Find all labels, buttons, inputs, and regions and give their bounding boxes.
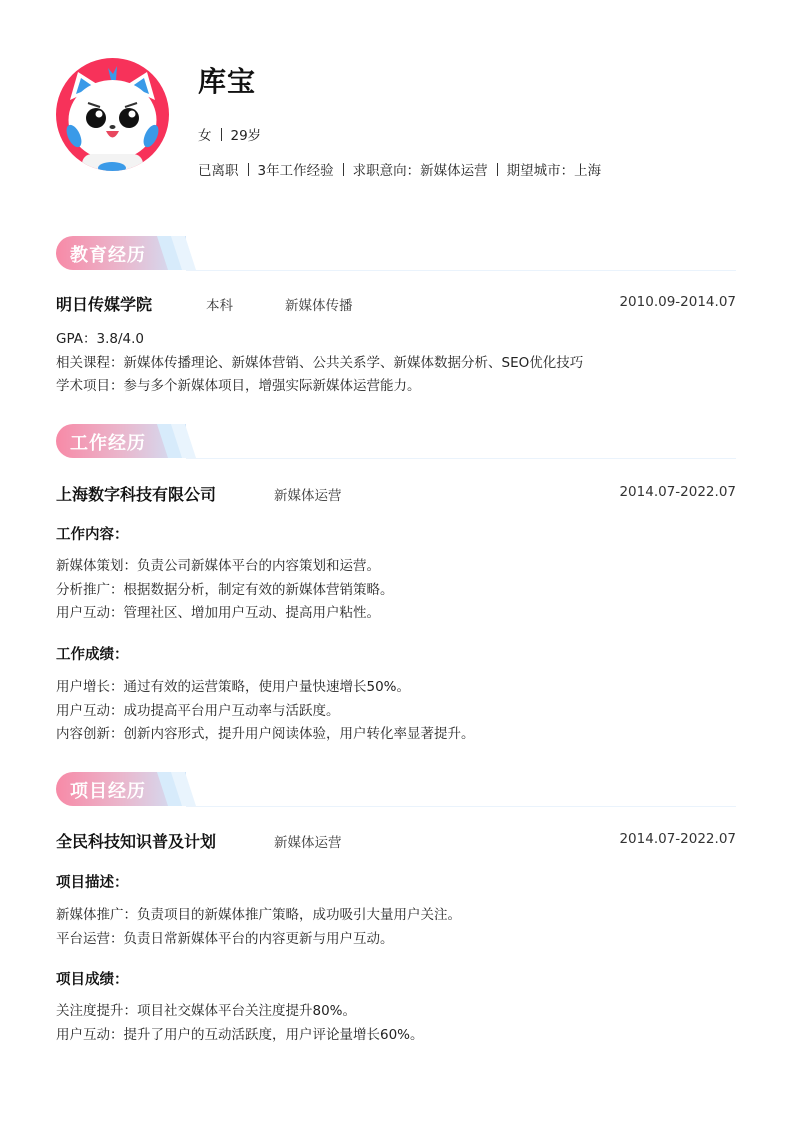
list-item: 用户增长：通过有效的运营策略，使用户量快速增长50%。 [56, 676, 736, 700]
project-achievements-list: 关注度提升：项目社交媒体平台关注度提升80%。 用户互动：提升了用户的互动活跃度… [56, 1000, 736, 1047]
school-name: 明日传媒学院 [56, 292, 152, 315]
company-name: 上海数字科技有限公司 [56, 482, 216, 505]
list-item: 用户互动：成功提高平台用户互动率与活跃度。 [56, 700, 736, 724]
employment-status: 已离职 [198, 159, 239, 179]
divider [497, 163, 498, 176]
candidate-name: 库宝 [198, 60, 256, 100]
work-entry-header: 上海数字科技有限公司 新媒体运营 2014.07-2022.07 [56, 482, 736, 506]
gpa-line: GPA：3.8/4.0 [56, 328, 736, 352]
list-item: 关注度提升：项目社交媒体平台关注度提升80%。 [56, 1000, 736, 1024]
expected-city: 期望城市：上海 [507, 159, 602, 179]
work-content-heading: 工作内容： [56, 523, 129, 544]
section-title-project: 项目经历 [56, 772, 736, 808]
list-item: 新媒体策划：负责公司新媒体平台的内容策划和运营。 [56, 555, 736, 579]
gender: 女 [198, 124, 212, 144]
list-item: 用户互动：提升了用户的互动活跃度，用户评论量增长60%。 [56, 1024, 736, 1048]
age: 29岁 [231, 124, 262, 144]
project-role: 新媒体运营 [274, 831, 342, 851]
section-title-label: 工作经历 [70, 429, 146, 455]
section-title-work: 工作经历 [56, 424, 736, 460]
list-item: 用户互动：管理社区、增加用户互动、提高用户粘性。 [56, 602, 736, 626]
project-entry-header: 全民科技知识普及计划 新媒体运营 2014.07-2022.07 [56, 829, 736, 853]
divider [248, 163, 249, 176]
project-name: 全民科技知识普及计划 [56, 829, 216, 852]
job-intent-info: 已离职 3年工作经验 求职意向：新媒体运营 期望城市：上海 [198, 159, 601, 179]
project-date: 2014.07-2022.07 [619, 831, 736, 847]
courses-line: 相关课程：新媒体传播理论、新媒体营销、公共关系学、新媒体数据分析、SEO优化技巧 [56, 352, 736, 376]
job-role: 新媒体运营 [274, 484, 342, 504]
list-item: 分析推广：根据数据分析，制定有效的新媒体营销策略。 [56, 579, 736, 603]
major: 新媒体传播 [285, 294, 353, 314]
project-achievements-heading: 项目成绩： [56, 968, 129, 989]
work-content-list: 新媒体策划：负责公司新媒体平台的内容策划和运营。 分析推广：根据数据分析，制定有… [56, 555, 736, 626]
education-details: GPA：3.8/4.0 相关课程：新媒体传播理论、新媒体营销、公共关系学、新媒体… [56, 328, 736, 399]
education-date: 2010.09-2014.07 [619, 294, 736, 310]
academic-project-line: 学术项目：参与多个新媒体项目，增强实际新媒体运营能力。 [56, 375, 736, 399]
section-title-education: 教育经历 [56, 236, 736, 272]
job-intent: 求职意向：新媒体运营 [353, 159, 488, 179]
section-title-label: 教育经历 [70, 241, 146, 267]
degree: 本科 [206, 294, 233, 314]
project-description-heading: 项目描述： [56, 871, 129, 892]
avatar [56, 58, 169, 171]
work-date: 2014.07-2022.07 [619, 484, 736, 500]
profile-header: 库宝 女 29岁 已离职 3年工作经验 求职意向：新媒体运营 期望城市：上海 [56, 58, 736, 178]
section-divider [186, 270, 736, 271]
work-achievements-heading: 工作成绩： [56, 643, 129, 664]
section-title-label: 项目经历 [70, 777, 146, 803]
cartoon-cat-avatar-icon [56, 58, 169, 171]
list-item: 新媒体推广：负责项目的新媒体推广策略，成功吸引大量用户关注。 [56, 904, 736, 928]
education-entry-header: 明日传媒学院 本科 新媒体传播 2010.09-2014.07 [56, 292, 736, 316]
section-divider [186, 458, 736, 459]
basic-info: 女 29岁 [198, 124, 261, 144]
work-achievements-list: 用户增长：通过有效的运营策略，使用户量快速增长50%。 用户互动：成功提高平台用… [56, 676, 736, 747]
work-experience: 3年工作经验 [258, 159, 334, 179]
project-description-list: 新媒体推广：负责项目的新媒体推广策略，成功吸引大量用户关注。 平台运营：负责日常… [56, 904, 736, 951]
divider [343, 163, 344, 176]
divider [221, 128, 222, 141]
section-divider [186, 806, 736, 807]
list-item: 平台运营：负责日常新媒体平台的内容更新与用户互动。 [56, 928, 736, 952]
list-item: 内容创新：创新内容形式，提升用户阅读体验，用户转化率显著提升。 [56, 723, 736, 747]
